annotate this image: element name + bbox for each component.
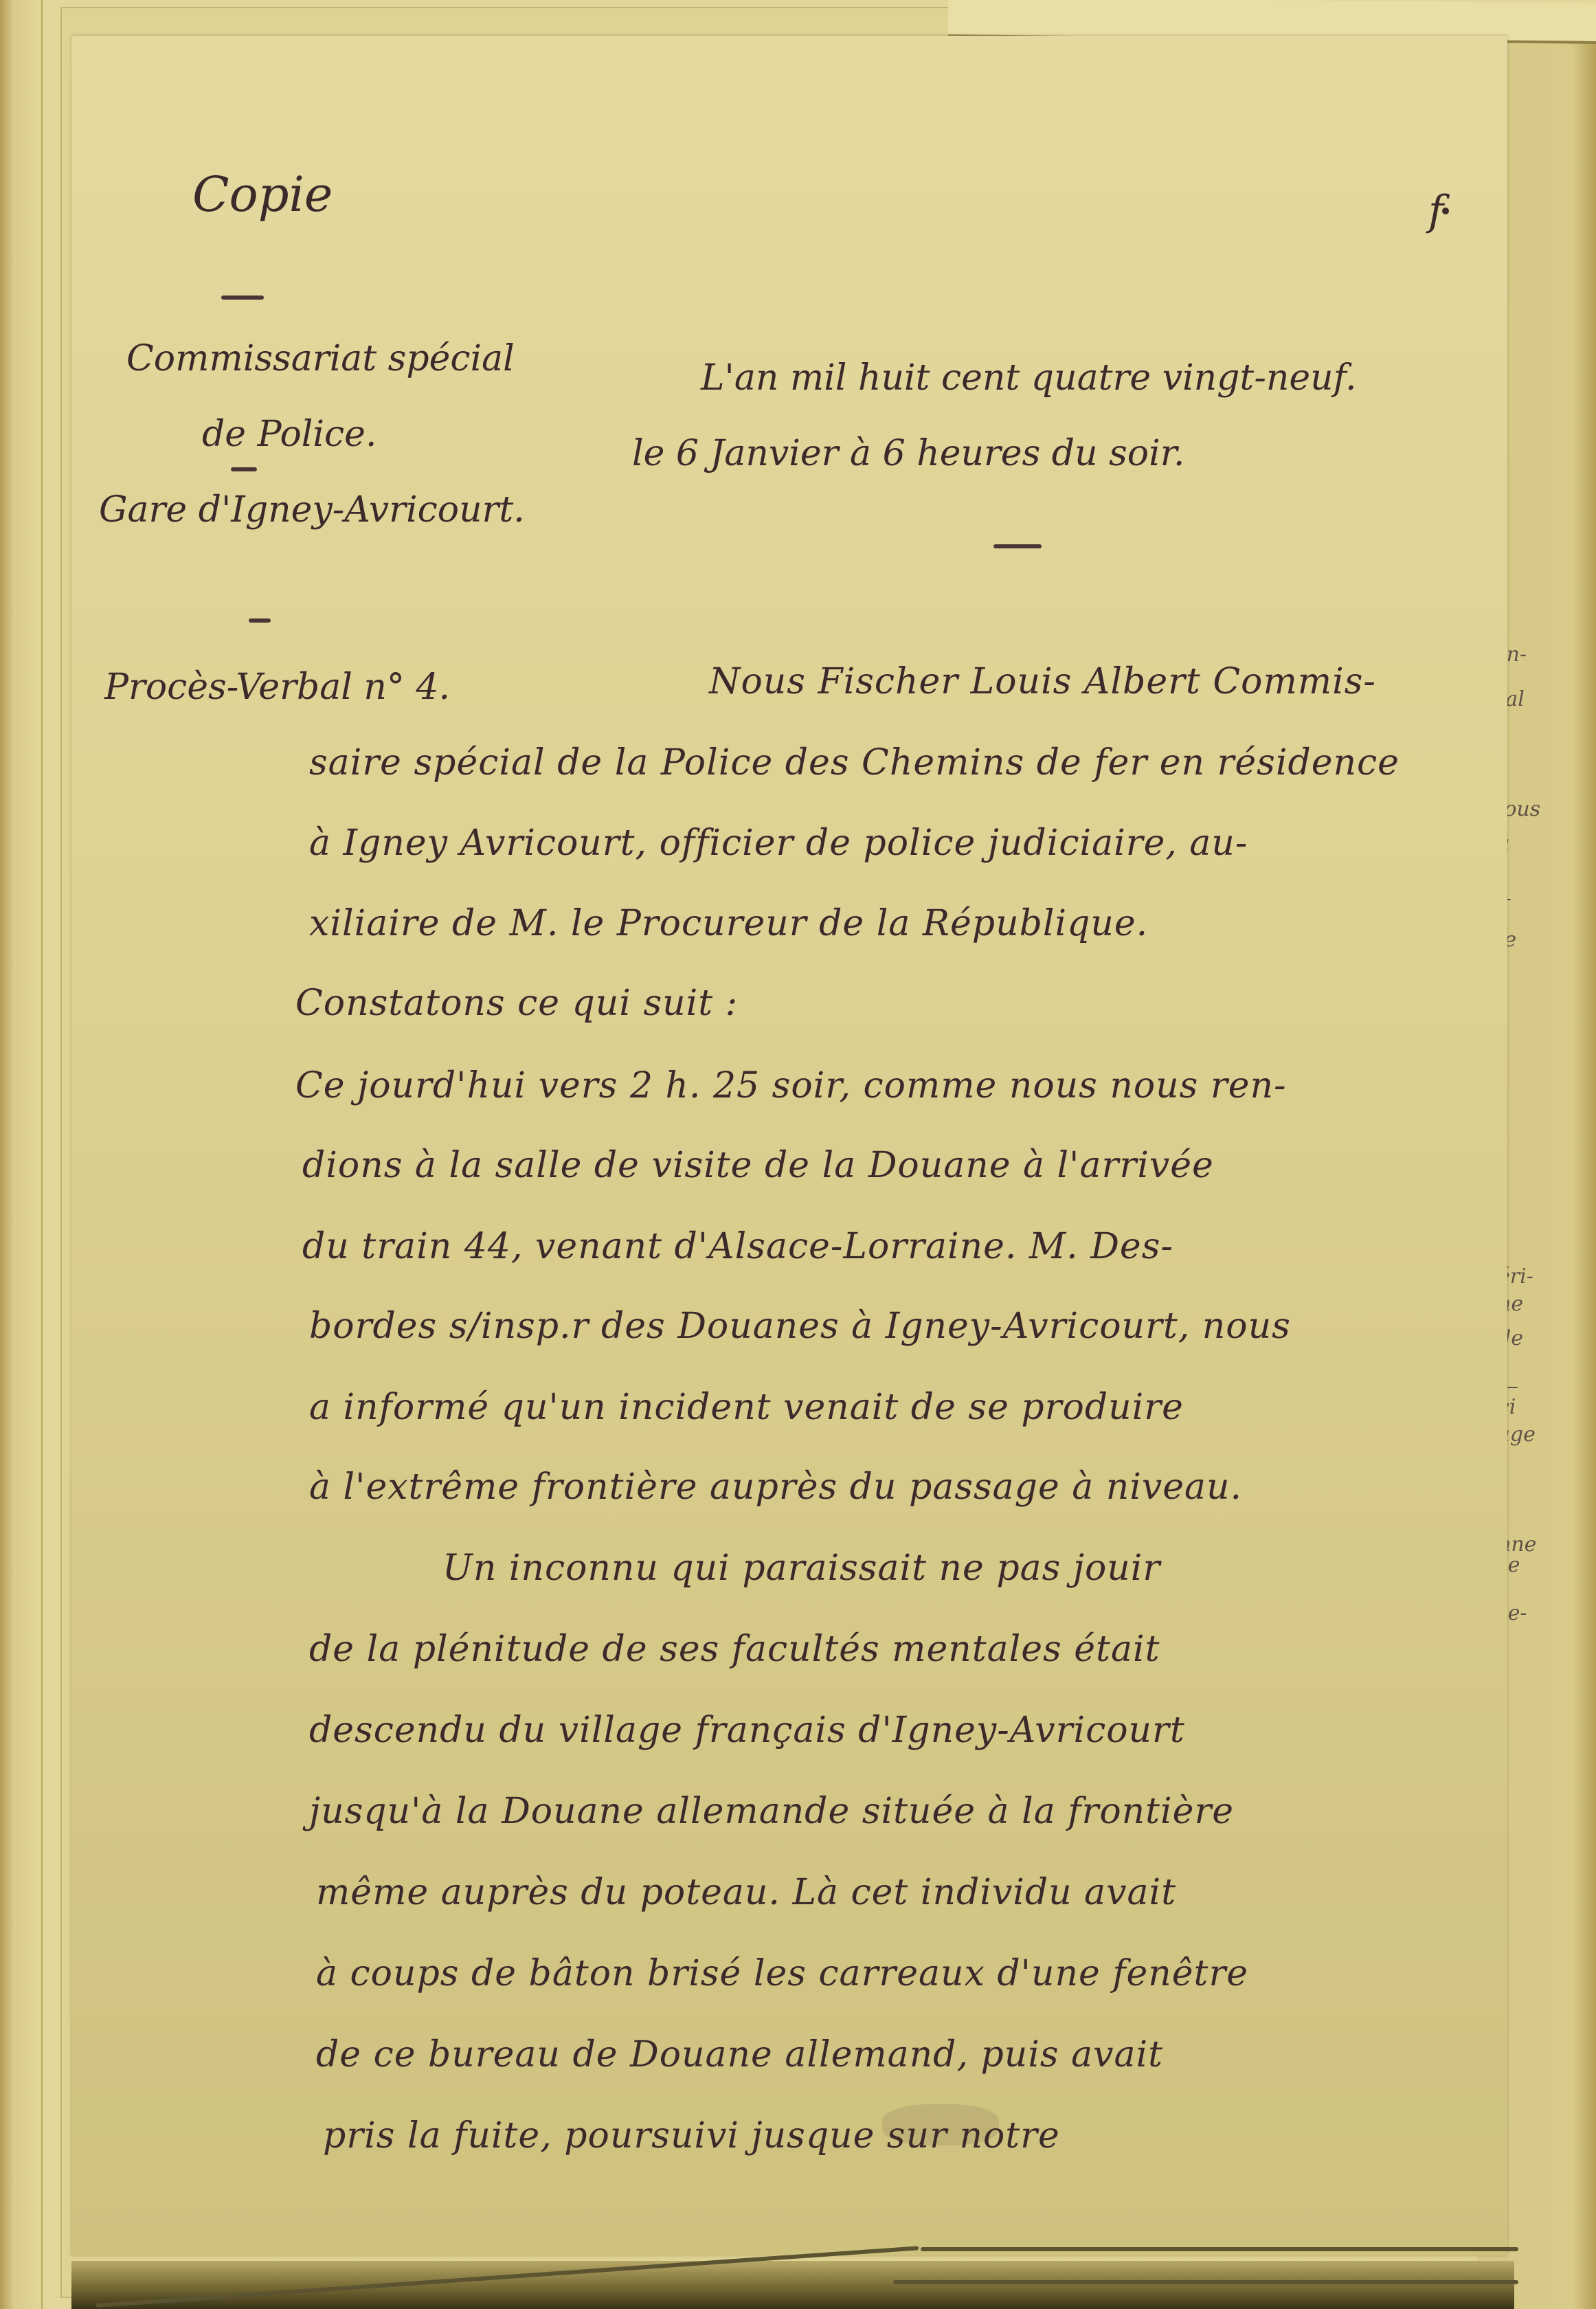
curled-page-edge xyxy=(893,2280,1518,2284)
corner-check-mark: f xyxy=(1428,187,1443,235)
body-line: saire spécial de la Police des Chemins d… xyxy=(309,742,1400,783)
body-line: de la plénitude de ses facultés mentales… xyxy=(309,1629,1160,1670)
body-line: même auprès du poteau. Là cet individu a… xyxy=(316,1872,1176,1913)
body-line: de ce bureau de Douane allemand, puis av… xyxy=(316,2034,1163,2075)
heading-underline xyxy=(221,295,264,300)
date-divider xyxy=(993,544,1042,548)
document-heading: Copie xyxy=(192,166,333,223)
ink-dot xyxy=(1442,208,1449,214)
body-line: a informé qu'un incident venait de se pr… xyxy=(309,1387,1184,1428)
header-divider xyxy=(231,467,257,471)
body-line: Ce jourd'hui vers 2 h. 25 soir, comme no… xyxy=(295,1065,1287,1106)
station-name: Gare d'Igney-Avricourt. xyxy=(99,489,525,531)
body-line: du train 44, venant d'Alsace-Lorraine. M… xyxy=(302,1226,1173,1267)
body-line: à Igney Avricourt, officier de police ju… xyxy=(309,823,1248,864)
body-line: Constatons ce qui suit : xyxy=(295,983,738,1024)
body-line: à coups de bâton brisé les carreaux d'un… xyxy=(316,1953,1248,1994)
body-line: descendu du village français d'Igney-Avr… xyxy=(309,1710,1185,1751)
body-line: dions à la salle de visite de la Douane … xyxy=(302,1145,1214,1186)
ink-smudge xyxy=(882,2104,999,2145)
document-page: Copie f Commissariat spécial de Police. … xyxy=(71,36,1507,2255)
office-name-line2: de Police. xyxy=(202,414,376,455)
office-name-line1: Commissariat spécial xyxy=(126,338,515,379)
body-line: jusqu'à la Douane allemande située à la … xyxy=(309,1791,1234,1832)
page-bottom-shadow xyxy=(71,2261,1514,2309)
body-line: Un inconnu qui paraissait ne pas jouir xyxy=(442,1548,1160,1589)
body-line: bordes s/insp.r des Douanes à Igney-Avri… xyxy=(309,1306,1291,1347)
date-line-2: le 6 Janvier à 6 heures du soir. xyxy=(632,433,1184,474)
body-line: xiliaire de M. le Procureur de la Républ… xyxy=(309,903,1148,944)
body-line: Nous Fischer Louis Albert Commis- xyxy=(709,661,1376,702)
curled-page-edge xyxy=(921,2247,1518,2251)
date-line-1: L'an mil huit cent quatre vingt-neuf. xyxy=(701,357,1357,399)
header-divider xyxy=(249,618,271,623)
body-line: à l'extrême frontière auprès du passage … xyxy=(309,1466,1242,1508)
report-number: Procès-Verbal n° 4. xyxy=(104,667,450,708)
